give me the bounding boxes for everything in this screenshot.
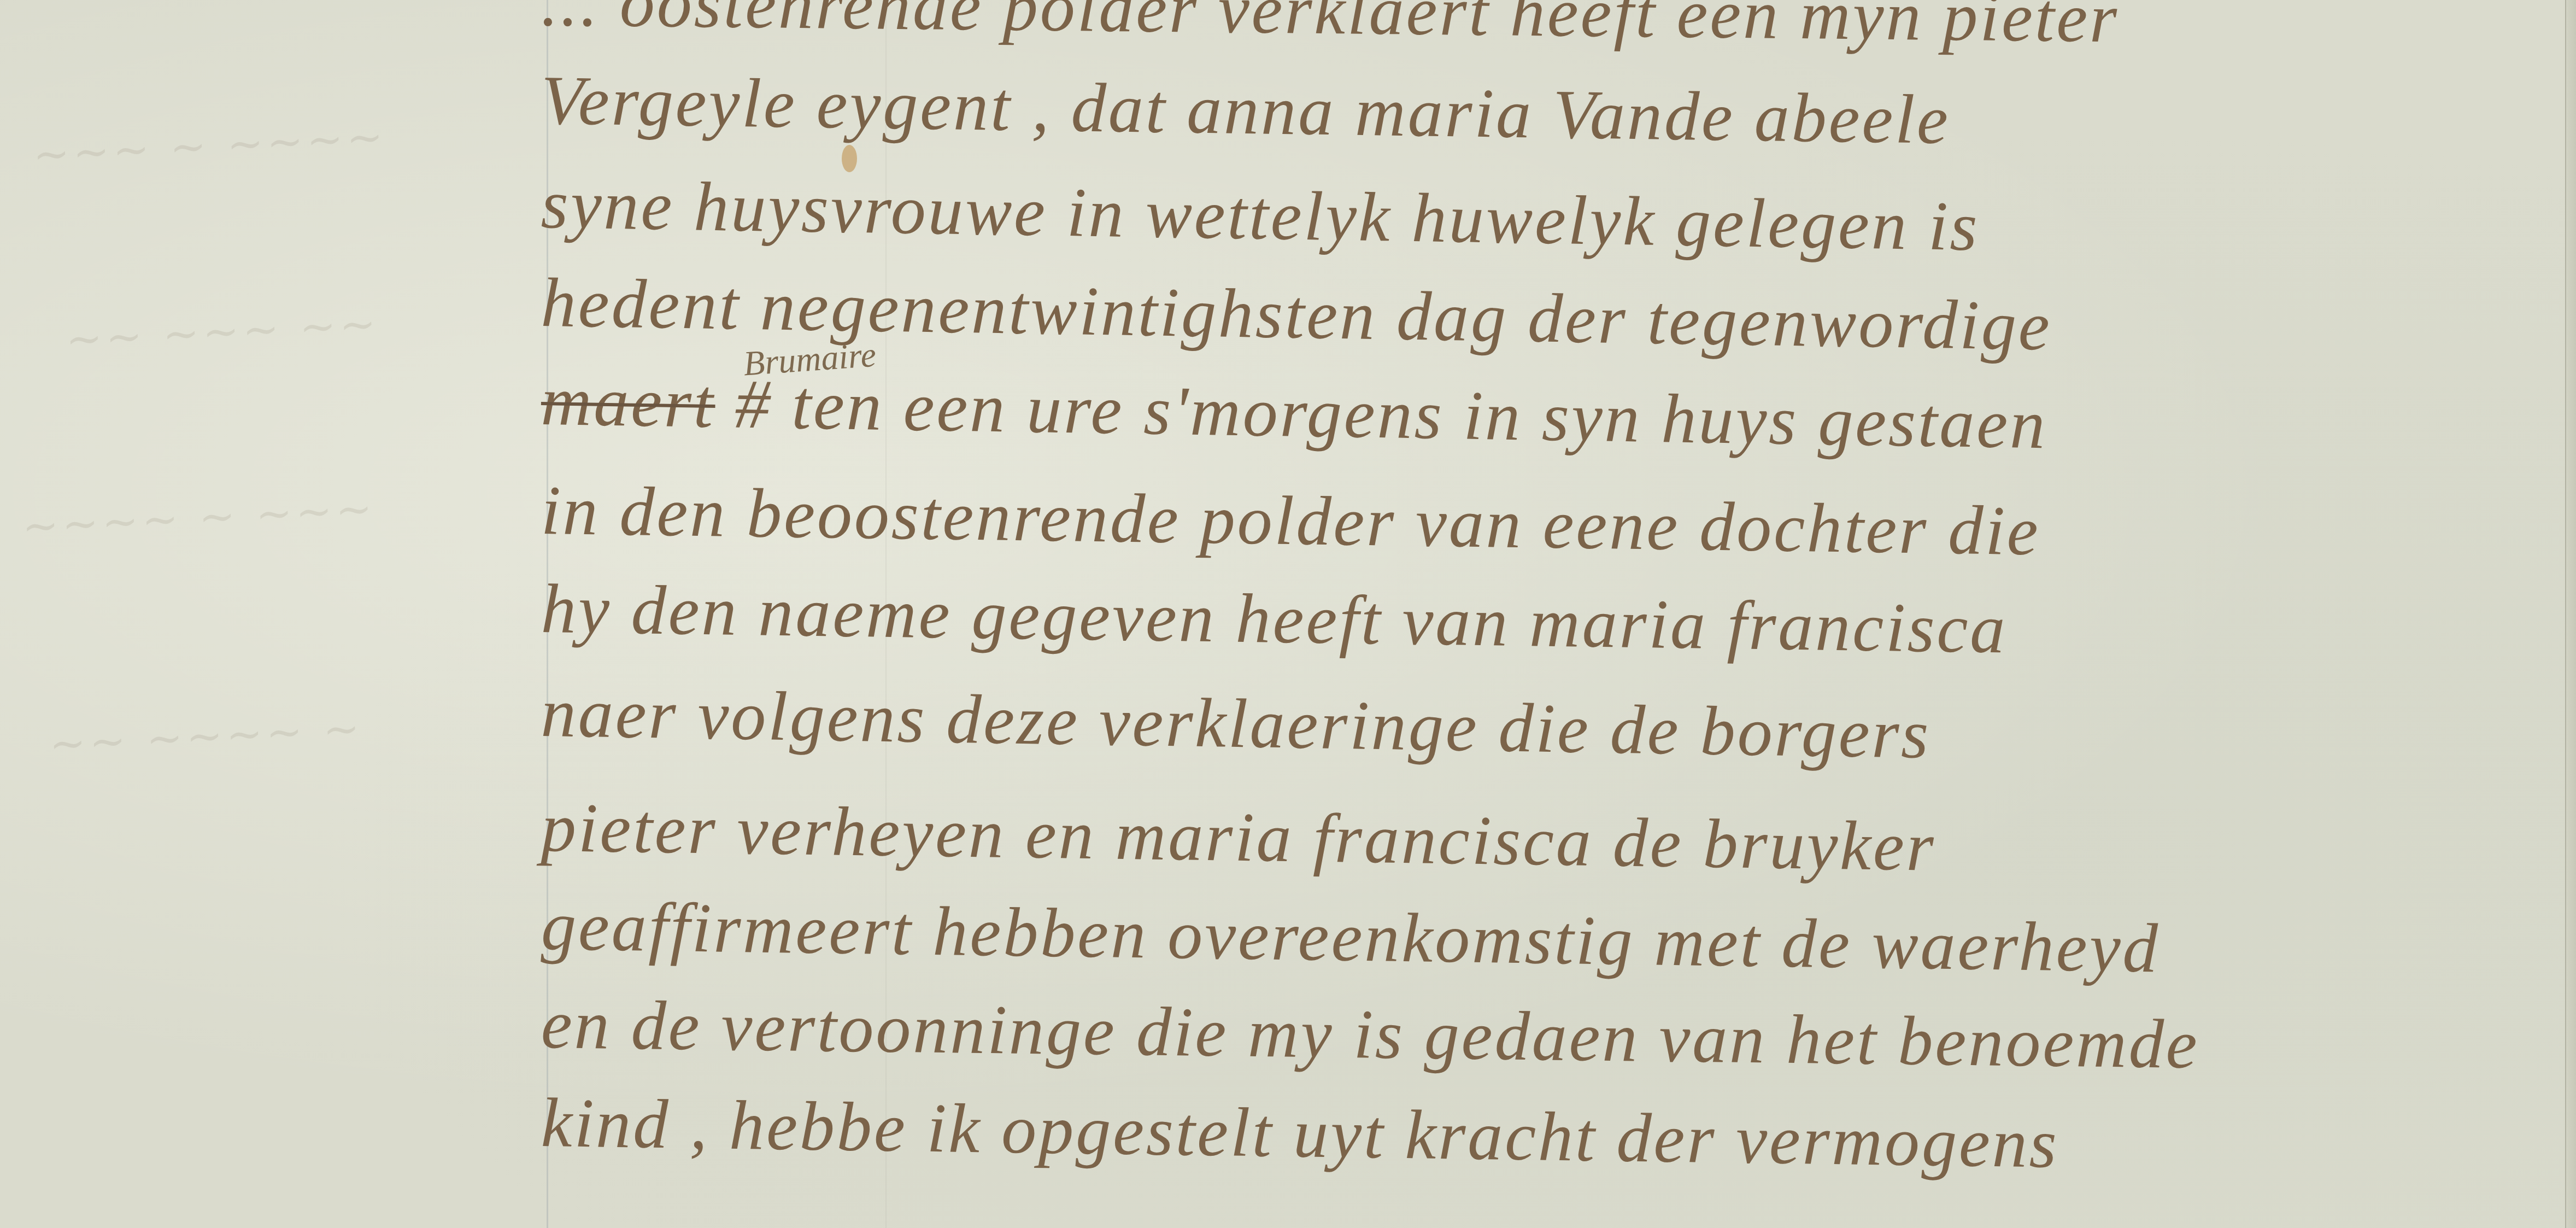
struck-word: maert [541,362,716,442]
text-line-10: geaffirmeert hebben overeenkomstig met d… [541,886,2161,989]
bleed-through-text: ~~~~ ~ ~~~ [21,483,377,552]
bleed-through-text: ~~ ~~~ ~~ [64,298,380,365]
text-line-5-rest: # ten een ure s'morgens in syn huys gest… [734,365,2047,464]
text-line-1: ... oostenrende polder verklaert heeft e… [541,0,2120,59]
text-line-6: in den beoostenrende polder van eene doc… [541,470,2041,571]
bleed-through-text: ~~ ~~~~ ~ [48,703,364,770]
text-line-7: hy den naeme gegeven heeft van maria fra… [541,569,2008,669]
bleed-through-text: ~~~ ~ ~~~~ [32,111,388,180]
text-line-3: syne huysvrouwe in wettelyk huwelyk gele… [541,164,1980,267]
text-line-2: Vergeyle eygent , dat anna maria Vande a… [541,60,1951,160]
page-edge [2565,0,2576,1228]
text-line-11: en de vertoonninge die my is gedaen van … [541,984,2199,1085]
text-line-8: naer volgens deze verklaeringe die de bo… [541,673,1932,775]
handwritten-text-block: ... oostenrende polder verklaert heeft e… [541,0,2563,1228]
text-line-9: pieter verheyen en maria francisca de br… [541,787,1937,887]
text-line-12: kind , hebbe ik opgestelt uyt kracht der… [541,1083,2059,1184]
document-page: ~~~ ~ ~~~~ ~~ ~~~ ~~ ~~~~ ~ ~~~ ~~ ~~~~ … [0,0,2576,1228]
